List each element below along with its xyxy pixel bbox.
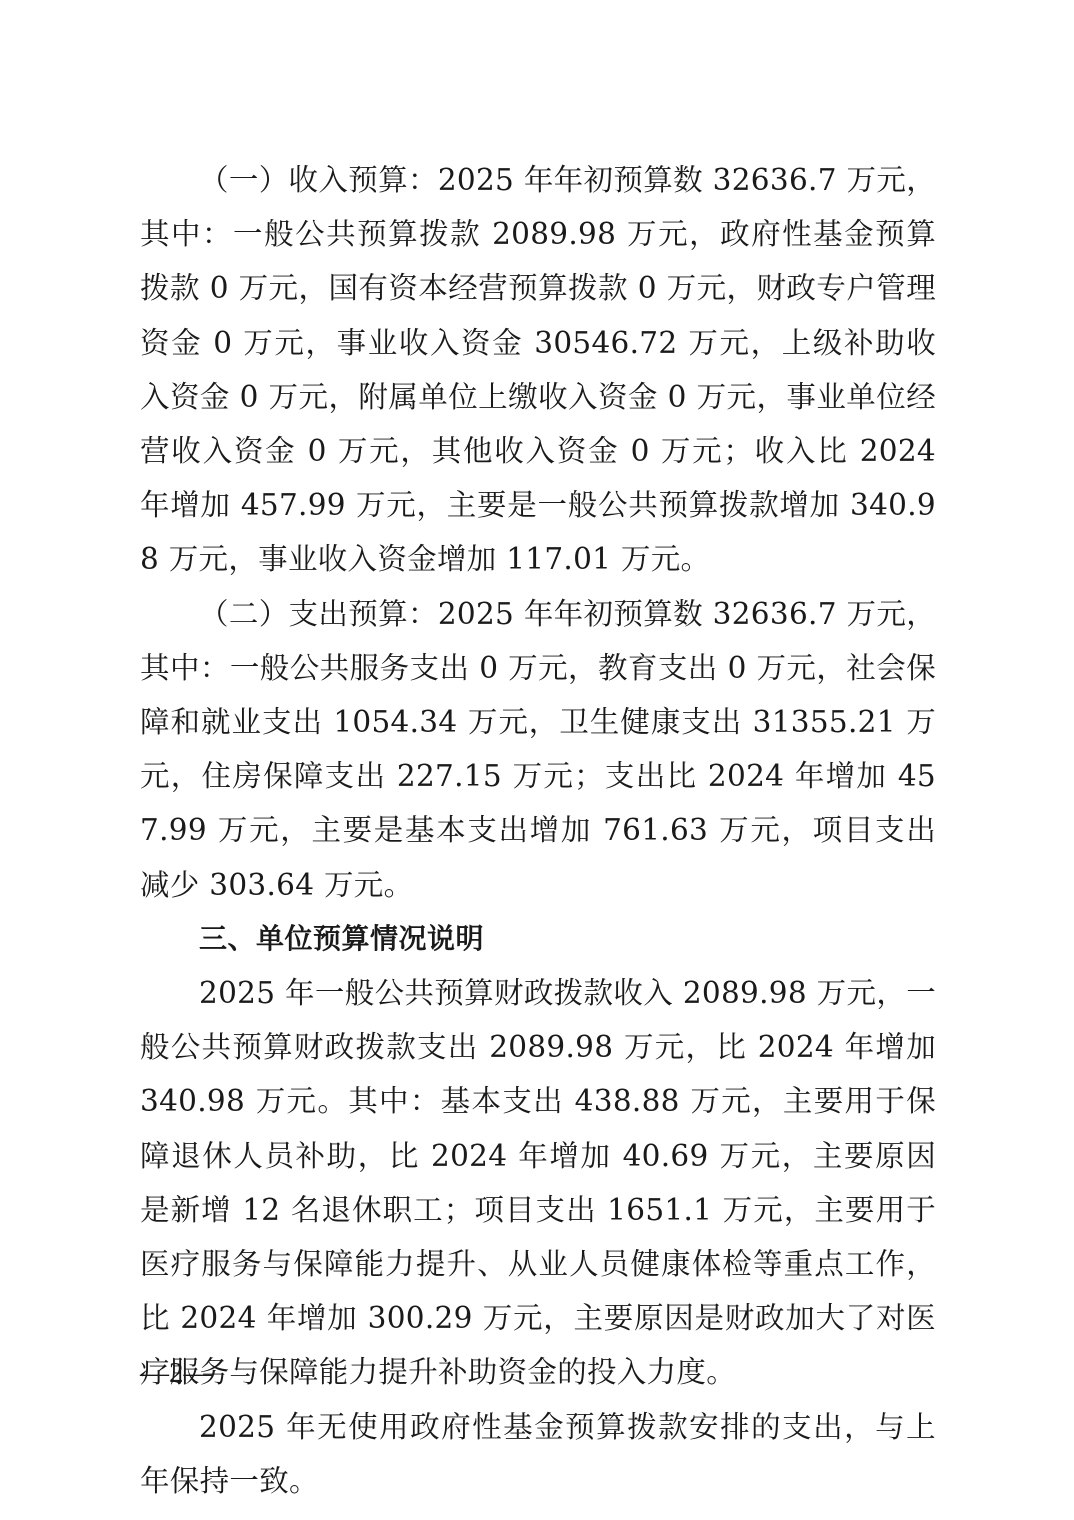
general-public-budget-paragraph: 2025 年一般公共预算财政拨款收入 2089.98 万元，一般公共预算财政拨款… bbox=[140, 966, 936, 1400]
income-budget-paragraph: （一）收入预算：2025 年年初预算数 32636.7 万元，其中：一般公共预算… bbox=[140, 153, 936, 587]
expenditure-budget-paragraph: （二）支出预算：2025 年年初预算数 32636.7 万元，其中：一般公共服务… bbox=[140, 587, 936, 912]
government-fund-paragraph: 2025 年无使用政府性基金预算拨款安排的支出，与上年保持一致。 bbox=[140, 1400, 936, 1508]
page-number: —2— bbox=[140, 1355, 213, 1391]
section-heading-unit-budget: 三、单位预算情况说明 bbox=[140, 912, 936, 966]
document-page: （一）收入预算：2025 年年初预算数 32636.7 万元，其中：一般公共预算… bbox=[140, 153, 936, 1508]
